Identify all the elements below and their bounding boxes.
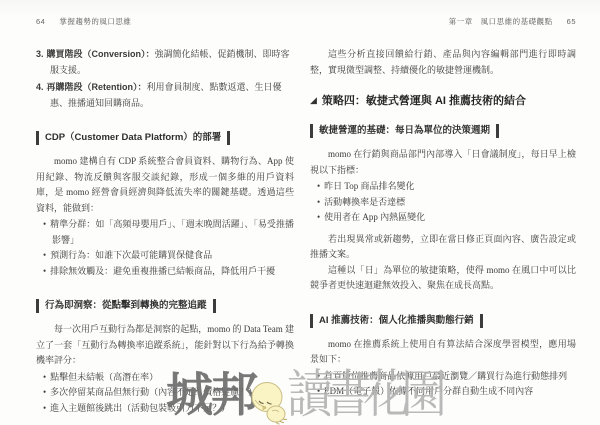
running-head-left: 64 掌握趨勢的風口思維 [36,16,294,27]
numbered-item: 4.再購階段（Retention）：利用會員制度、點數返還、生日優惠、推播通知回… [36,80,294,111]
section-header-behavior: 行為即洞察：從點擊到轉換的完整追蹤 [36,299,216,313]
bullet-item: 進入主題館後跳出（活動包裝吸引力不足？） [36,401,294,417]
section-agile: 敏捷營運的基礎：每日為單位的決策週期 momo 在行銷與商品部門內部導入「日會議… [310,120,576,294]
page-number-right: 65 [567,17,576,26]
page-right: 第一章 風口思維的基礎觀點 65 這些分析直接回饋給行銷、產品與內容編輯部門進行… [300,0,600,425]
bullet-list-cdp: 精準分群：如「高頻母嬰用戶」、「週末晚間活躍」、「易受推播影響」 預測行為：如誰… [36,217,294,279]
paragraph-agile-3: 這種以「日」為單位的敏捷策略，使得 momo 在風口中可以比競爭者更快速迴避無效… [310,263,576,294]
bullet-item: 排除無效觸及：避免重複推播已結帳商品，降低用戶干擾 [36,264,294,280]
paragraph-behavior: 每一次用戶互動行為都是洞察的起點，momo 的 Data Team 建立了一套「… [36,322,294,369]
section-ai: AI 推薦技術：個人化推播與動態行銷 momo 在推薦系統上使用自有算法結合深度… [310,310,576,400]
strategy-heading-text: 策略四：敏捷式營運與 AI 推薦技術的結合 [322,92,526,108]
section-header-cdp: CDP（Customer Data Platform）的部署 [36,131,230,145]
numbered-item: 3.購買階段（Conversion）：強調簡化結帳、促銷機制、即時客服支援。 [36,47,294,78]
bullet-item: EDM（電子報）依據不同用戶分群自動生成不同內容 [310,384,576,400]
section-behavior: 行為即洞察：從點擊到轉換的完整追蹤 每一次用戶互動行為都是洞察的起點，momo … [36,295,294,416]
running-head-right: 第一章 風口思維的基礎觀點 65 [310,16,576,27]
strategy-heading: ◢ 策略四：敏捷式營運與 AI 推薦技術的結合 [310,92,576,108]
paragraph-agile: momo 在行銷與商品部門內部導入「日會議制度」，每日早上檢視以下指標： [310,147,576,178]
item-number: 3. [36,49,44,59]
bullet-list-ai: 首頁版位推薦商品依據用戶最近瀏覽／購買行為進行動態排列 EDM（電子報）依據不同… [310,369,576,400]
triangle-marker-icon: ◢ [310,96,317,105]
page-number-left: 64 [36,17,45,26]
bullet-item: 首頁版位推薦商品依據用戶最近瀏覽／購買行為進行動態排列 [310,369,576,385]
item-number: 4. [36,82,44,92]
bullet-item: 預測行為：如誰下次最可能購買保健食品 [36,248,294,264]
running-title-left: 掌握趨勢的風口思維 [59,16,131,27]
bullet-item: 精準分群：如「高頻母嬰用戶」、「週末晚間活躍」、「易受推播影響」 [36,217,294,248]
numbered-list: 3.購買階段（Conversion）：強調簡化結帳、促銷機制、即時客服支援。 4… [36,47,294,111]
book-spread: 64 掌握趨勢的風口思維 3.購買階段（Conversion）：強調簡化結帳、促… [0,0,600,425]
paragraph-cdp: momo 建構自有 CDP 系統整合會員資料、購物行為、App 使用紀錄、物流反… [36,154,294,216]
item-label: 購買階段（Conversion）： [47,49,155,59]
paragraph-agile-2: 若出現異常或新趨勢，立即在當日修正頁面內容、廣告設定或推播文案。 [310,232,576,263]
bullet-list-agile: 昨日 Top 商品排名變化 活動轉換率是否達標 使用者在 App 內熱區變化 [310,179,576,226]
section-header-agile: 敏捷營運的基礎：每日為單位的決策週期 [310,124,499,138]
section-cdp: CDP（Customer Data Platform）的部署 momo 建構自有… [36,127,294,279]
bullet-item: 多次停留某商品但無行動（內容不足？價格疑慮？） [36,385,294,401]
paragraph-ai: momo 在推薦系統上使用自有算法結合深度學習模型，應用場景如下： [310,337,576,368]
item-label: 再購階段（Retention）： [47,82,147,92]
bullet-item: 昨日 Top 商品排名變化 [310,179,576,195]
paragraph-intro: 這些分析直接回饋給行銷、產品與內容編輯部門進行即時調整，實現微型調整、持續優化的… [310,47,576,78]
section-header-ai: AI 推薦技術：個人化推播與動態行銷 [310,314,483,328]
bullet-item: 使用者在 App 內熱區變化 [310,210,576,226]
page-left: 64 掌握趨勢的風口思維 3.購買階段（Conversion）：強調簡化結帳、促… [0,0,300,425]
bullet-item: 點擊但未結帳（高潛在率） [36,370,294,386]
bullet-list-behavior: 點擊但未結帳（高潛在率） 多次停留某商品但無行動（內容不足？價格疑慮？） 進入主… [36,370,294,417]
running-title-right: 第一章 風口思維的基礎觀點 [449,16,553,27]
bullet-item: 活動轉換率是否達標 [310,195,576,211]
